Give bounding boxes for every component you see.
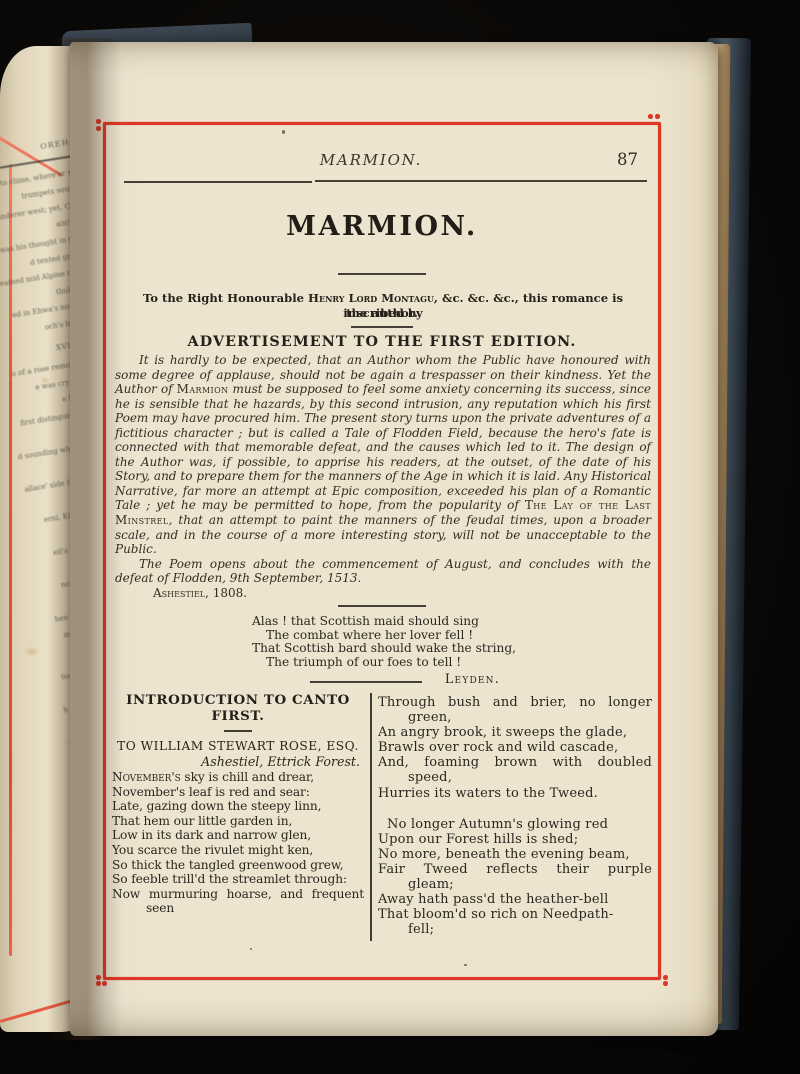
poem-line: You scarce the rivulet might ken,: [112, 843, 364, 858]
advertisement-text: must be supposed to feel some anxiety co…: [115, 382, 651, 512]
right-column-stanza-2: No longer Autumn's glowing redUpon our F…: [378, 817, 652, 938]
dedication-line-2: the author.: [106, 306, 658, 321]
book-photograph: OREH.dims to clime, where'er wetrumpets …: [0, 0, 800, 1074]
poem-line: November's leaf is red and sear:: [112, 785, 364, 800]
poem-line: seen: [112, 901, 364, 916]
poem-line: Through bush and brier, no longer: [378, 695, 652, 710]
running-head: MARMION. 87: [122, 149, 644, 171]
advertisement-signature: Ashestiel, 1808.: [153, 586, 651, 601]
poem-line: fell;: [378, 922, 652, 937]
signature-year: 1808.: [209, 586, 247, 600]
left-column-poem: November's sky is chill and drear, Novem…: [112, 770, 364, 916]
red-border-frame: MARMION. 87 MARMION. To the Right Honour…: [103, 122, 661, 980]
frame-corner-ornament: [102, 981, 107, 986]
poem-line: Low in its dark and narrow glen,: [112, 828, 364, 843]
poem-line: gleam;: [378, 877, 652, 892]
poem-line: That bloom'd so rich on Needpath-: [378, 907, 652, 922]
epigraph-line: That Scottish bard should wake the strin…: [210, 642, 502, 656]
marmion-smallcaps: Marmion: [177, 382, 229, 396]
poem-line: No longer Autumn's glowing red: [378, 817, 652, 832]
left-poem-lines: November's leaf is red and sear:Late, ga…: [112, 785, 364, 916]
poem-line: November's sky is chill and drear,: [112, 770, 364, 785]
foxing-spot: [24, 646, 40, 657]
poem-line: speed,: [378, 770, 652, 785]
right-column-stanza-1: Through bush and brier, no longergreen,A…: [378, 695, 652, 801]
divider-rule: [351, 326, 413, 328]
head-rule-left: [124, 181, 312, 183]
previous-page-red-border-bottom: [0, 999, 75, 1023]
dedication-pre: To the Right Honourable: [143, 291, 308, 305]
epigraph: Alas ! that Scottish maid should singThe…: [210, 615, 502, 687]
epigraph-attribution: Leyden.: [210, 669, 502, 687]
poem-line: Upon our Forest hills is shed;: [378, 832, 652, 847]
stanza-gap: [378, 801, 652, 817]
poem-line: No more, beneath the evening beam,: [378, 847, 652, 862]
head-rule-right: [315, 180, 647, 182]
page-title: MARMION.: [106, 211, 658, 243]
page-number: 87: [617, 149, 638, 171]
poem-line: Hurries its waters to the Tweed.: [378, 786, 652, 801]
epigraph-line: The triumph of our foes to tell !: [210, 656, 502, 670]
canto-heading-line-2: FIRST.: [112, 709, 364, 725]
book-page: MARMION. 87 MARMION. To the Right Honour…: [70, 42, 718, 1036]
right-column: Through bush and brier, no longergreen,A…: [378, 695, 652, 937]
epigraph-line: Alas ! that Scottish maid should sing: [210, 615, 502, 629]
frame-corner-ornament: [663, 981, 668, 986]
left-column: INTRODUCTION TO CANTO FIRST. TO WILLIAM …: [112, 693, 364, 916]
frame-corner-ornament: [96, 119, 101, 124]
poem-line: And, foaming brown with doubled: [378, 755, 652, 770]
column-divider-rule: [370, 693, 372, 941]
canto-heading-line-1: INTRODUCTION TO CANTO: [112, 693, 364, 709]
dedication-name: Henry Lord Montagu: [308, 291, 434, 305]
canto-dedicatee: TO WILLIAM STEWART ROSE, ESQ.: [112, 739, 364, 754]
poem-line: Now murmuring hoarse, and frequent: [112, 887, 364, 902]
advertisement-text: , that an attempt to paint the manners o…: [115, 513, 651, 556]
poem-line: That hem our little garden in,: [112, 814, 364, 829]
advertisement-body: It is hardly to be expected, that an Aut…: [115, 353, 651, 600]
advertisement-paragraph-1: It is hardly to be expected, that an Aut…: [115, 353, 651, 557]
poem-line: green,: [378, 710, 652, 725]
poem-first-rest: sky is chill and drear,: [181, 770, 314, 784]
running-head-title: MARMION.: [122, 149, 620, 171]
poem-line: Away hath pass'd the heather-bell: [378, 892, 652, 907]
frame-corner-ornament: [96, 981, 101, 986]
epigraph-line: The combat where her lover fell !: [210, 629, 502, 643]
canto-place-line: Ashestiel, Ettrick Forest.: [112, 754, 364, 770]
poem-line: So feeble trill'd the streamlet through:: [112, 872, 364, 887]
frame-corner-ornament: [648, 114, 653, 119]
poem-line: Brawls over rock and wild cascade,: [378, 740, 652, 755]
epigraph-lines: Alas ! that Scottish maid should singThe…: [210, 615, 502, 669]
advertisement-heading: ADVERTISEMENT TO THE FIRST EDITION.: [106, 333, 658, 351]
poem-line: Fair Tweed reflects their purple: [378, 862, 652, 877]
divider-rule: [310, 681, 422, 683]
signature-place: Ashestiel,: [153, 586, 209, 600]
poem-line: Late, gazing down the steepy linn,: [112, 799, 364, 814]
divider-rule: [338, 605, 426, 607]
frame-corner-ornament: [96, 126, 101, 131]
text-fragment: OREH.: [0, 134, 75, 168]
advertisement-paragraph-2: The Poem opens about the commencement of…: [115, 557, 651, 586]
poem-first-word: November's: [112, 770, 181, 784]
frame-corner-ornament: [655, 114, 660, 119]
poem-line: An angry brook, it sweeps the glade,: [378, 725, 652, 740]
divider-rule: [224, 730, 252, 732]
divider-rule: [338, 273, 426, 275]
frame-corner-ornament: [96, 975, 101, 980]
frame-corner-ornament: [663, 975, 668, 980]
poem-line: So thick the tangled greenwood grew,: [112, 858, 364, 873]
